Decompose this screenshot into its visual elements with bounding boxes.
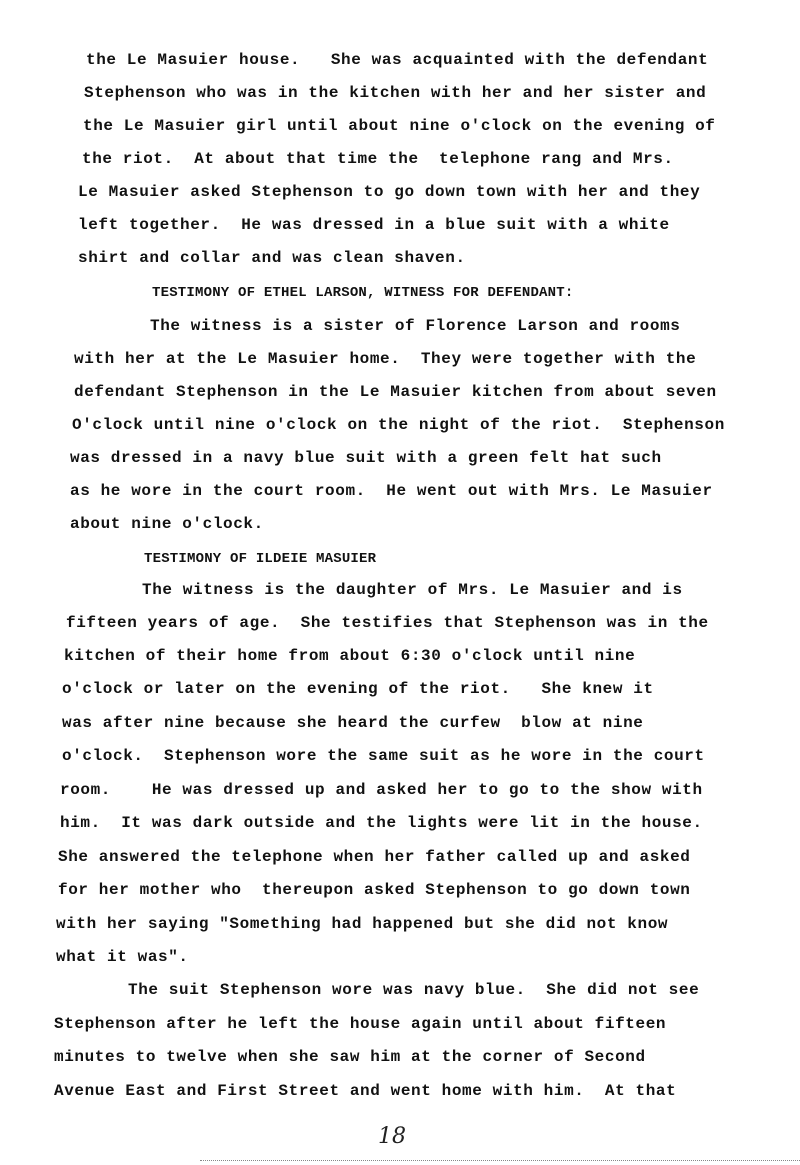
text-line: The suit Stephenson wore was navy blue. … (128, 980, 699, 1000)
text-line: o'clock or later on the evening of the r… (62, 679, 654, 699)
text-line: Stephenson after he left the house again… (54, 1014, 666, 1034)
scan-footer-artifact (200, 1160, 800, 1163)
text-line: Avenue East and First Street and went ho… (54, 1081, 676, 1101)
text-line: fifteen years of age. She testifies that… (66, 613, 709, 633)
text-line: left together. He was dressed in a blue … (78, 215, 670, 235)
text-line: Le Masuier asked Stephenson to go down t… (78, 182, 700, 202)
text-line: The witness is the daughter of Mrs. Le M… (142, 580, 683, 600)
text-line: for her mother who thereupon asked Steph… (58, 880, 691, 900)
section-heading: TESTIMONY OF ILDEIE MASUIER (144, 549, 376, 569)
text-line: The witness is a sister of Florence Lars… (150, 316, 680, 336)
text-line: room. He was dressed up and asked her to… (60, 780, 703, 800)
text-line: o'clock. Stephenson wore the same suit a… (62, 746, 705, 766)
text-line: She answered the telephone when her fath… (58, 847, 691, 867)
text-line: as he wore in the court room. He went ou… (70, 481, 713, 501)
text-line: minutes to twelve when she saw him at th… (54, 1047, 646, 1067)
text-line: kitchen of their home from about 6:30 o'… (64, 646, 635, 666)
text-line: the Le Masuier girl until about nine o'c… (83, 116, 716, 136)
text-line: defendant Stephenson in the Le Masuier k… (74, 382, 717, 402)
text-line: was dressed in a navy blue suit with a g… (70, 448, 662, 468)
text-line: the riot. At about that time the telepho… (82, 149, 674, 169)
text-line: was after nine because she heard the cur… (62, 713, 644, 733)
page-number: 18 (378, 1124, 406, 1149)
text-line: Stephenson who was in the kitchen with h… (84, 83, 706, 103)
text-line: with her at the Le Masuier home. They we… (74, 349, 696, 369)
text-line: him. It was dark outside and the lights … (60, 813, 703, 833)
text-line: O'clock until nine o'clock on the night … (72, 415, 725, 435)
text-line: the Le Masuier house. She was acquainted… (86, 50, 708, 70)
document-page: the Le Masuier house. She was acquainted… (0, 0, 800, 1165)
text-line: about nine o'clock. (70, 514, 264, 534)
text-line: what it was". (56, 947, 189, 967)
text-line: with her saying "Something had happened … (56, 914, 668, 934)
section-heading: TESTIMONY OF ETHEL LARSON, WITNESS FOR D… (152, 283, 573, 303)
text-line: shirt and collar and was clean shaven. (78, 248, 466, 268)
